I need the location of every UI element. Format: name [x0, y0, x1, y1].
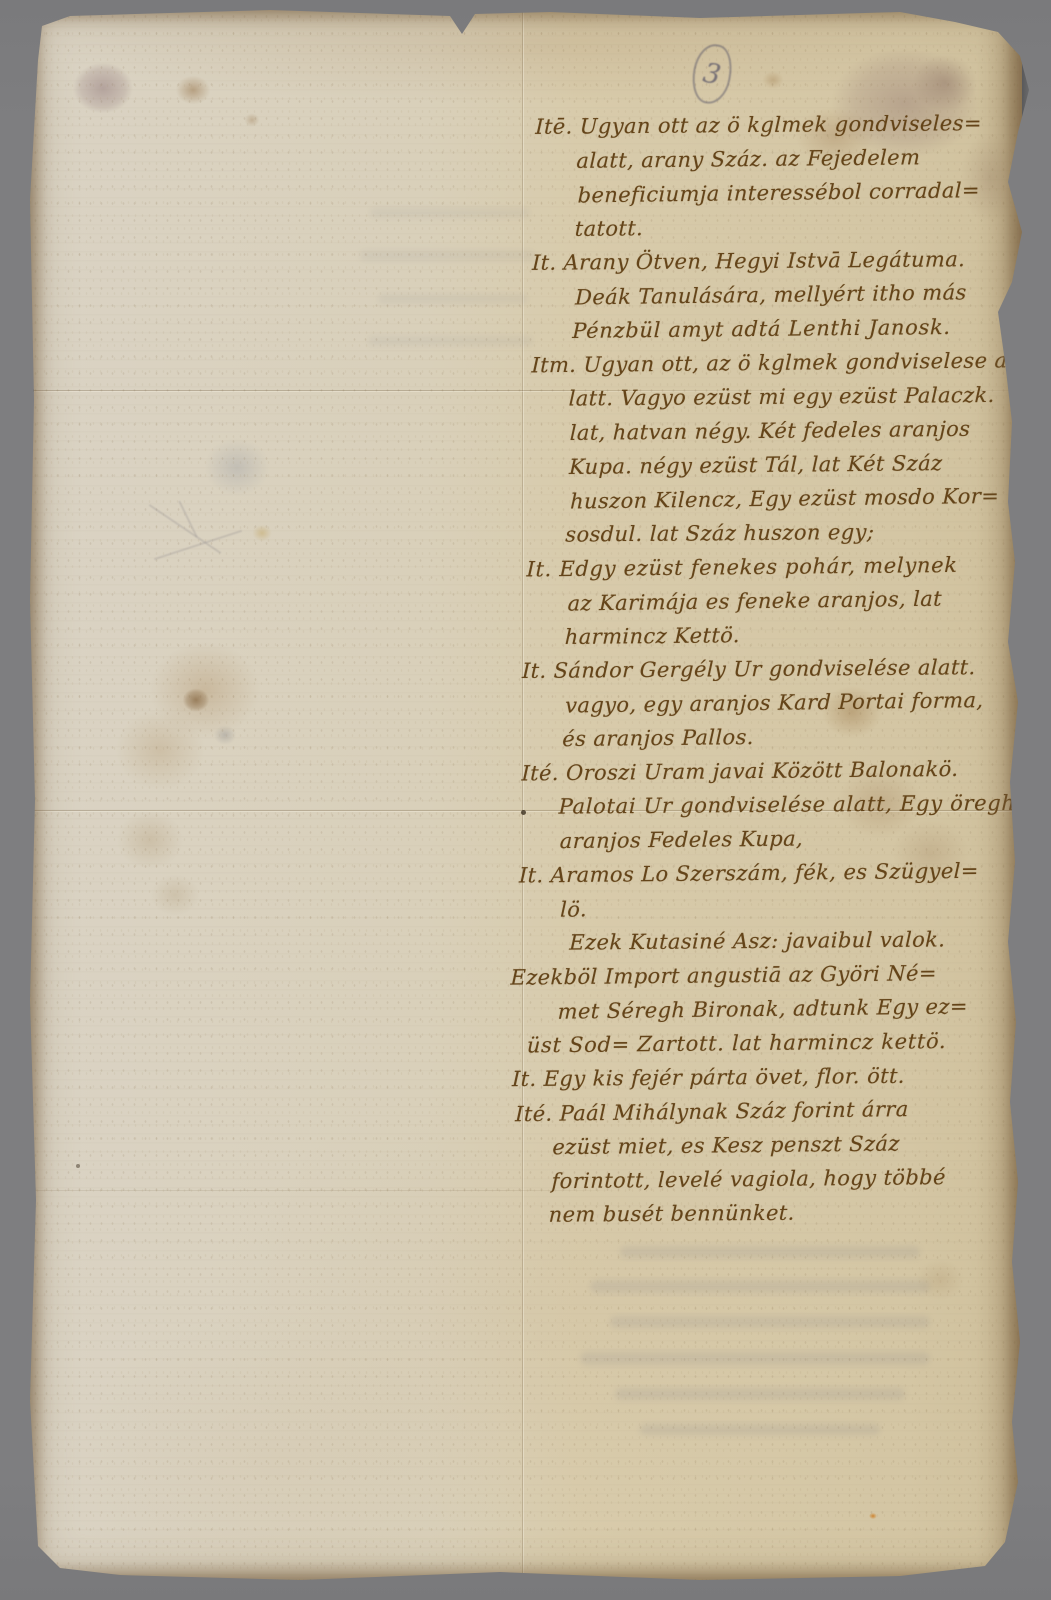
crease-ink-dot: [29, 388, 34, 393]
scan-background: 3 Itē. Ugyan ott az ö kglmek gondviseles…: [0, 0, 1051, 1600]
page-edge-shading: [30, 8, 1022, 1580]
manuscript-page: 3 Itē. Ugyan ott az ö kglmek gondviseles…: [30, 8, 1022, 1580]
